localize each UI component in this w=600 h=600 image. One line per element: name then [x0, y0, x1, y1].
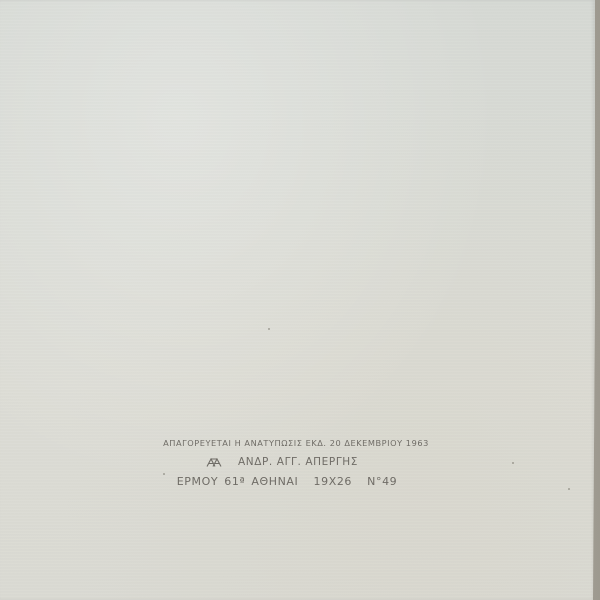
reprint-prohibition-notice: ΑΠΑΓΟΡΕΥΕΤΑΙ Η ΑΝΑΤΥΠΩΣΙΣ ΕΚΔ. 20 ΔΕΚΕΜΒ… — [0, 436, 600, 450]
address-line: ΕΡΜΟΥ 61ª ΑΘΗΝΑΙ 19Χ26 Ν°49 — [0, 473, 600, 491]
catalog-number: Ν°49 — [367, 475, 397, 488]
scanned-page-scene: ΑΠΑΓΟΡΕΥΕΤΑΙ Η ΑΝΑΤΥΠΩΣΙΣ ΕΚΔ. 20 ΔΕΚΕΜΒ… — [0, 0, 600, 600]
page-format: 19Χ26 — [314, 475, 353, 488]
paper-speck — [268, 328, 270, 330]
paper-sheet — [0, 0, 595, 600]
publisher-line: ΑΝΔΡ. ΑΓΓ. ΑΠΕΡΓΗΣ — [0, 453, 600, 471]
publisher-name: ΑΝΔΡ. ΑΓΓ. ΑΠΕΡΓΗΣ — [238, 453, 358, 471]
publisher-monogram-icon — [206, 458, 222, 467]
publisher-address: ΕΡΜΟΥ 61ª ΑΘΗΝΑΙ — [177, 475, 299, 488]
publisher-imprint: ΑΠΑΓΟΡΕΥΕΤΑΙ Η ΑΝΑΤΥΠΩΣΙΣ ΕΚΔ. 20 ΔΕΚΕΜΒ… — [0, 436, 600, 491]
